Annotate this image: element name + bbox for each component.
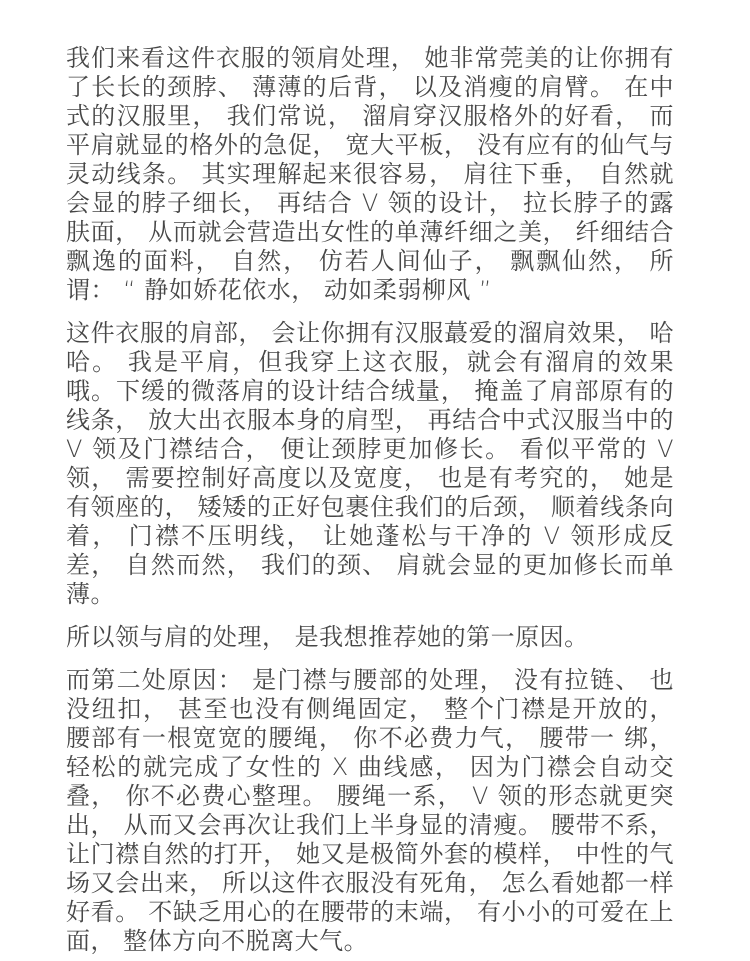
paragraph-shoulder-effect: 这件衣服的肩部， 会让你拥有汉服蕞爱的溜肩效果， 哈哈。 我是平肩，但我穿上这衣… xyxy=(66,319,674,609)
document-page: 我们来看这件衣服的领肩处理， 她非常莞美的让你拥有了长长的颈脖、 薄薄的后背， … xyxy=(0,0,750,961)
paragraph-first-reason: 所以领与肩的处理， 是我想推荐她的第一原因。 xyxy=(66,623,674,652)
paragraph-second-reason: 而第二处原因： 是门襟与腰部的处理， 没有拉链、 也没纽扣， 甚至也没有侧绳固定… xyxy=(66,666,674,956)
product-description-text: 我们来看这件衣服的领肩处理， 她非常莞美的让你拥有了长长的颈脖、 薄薄的后背， … xyxy=(66,44,674,956)
paragraph-collar-shoulder-intro: 我们来看这件衣服的领肩处理， 她非常莞美的让你拥有了长长的颈脖、 薄薄的后背， … xyxy=(66,44,674,305)
